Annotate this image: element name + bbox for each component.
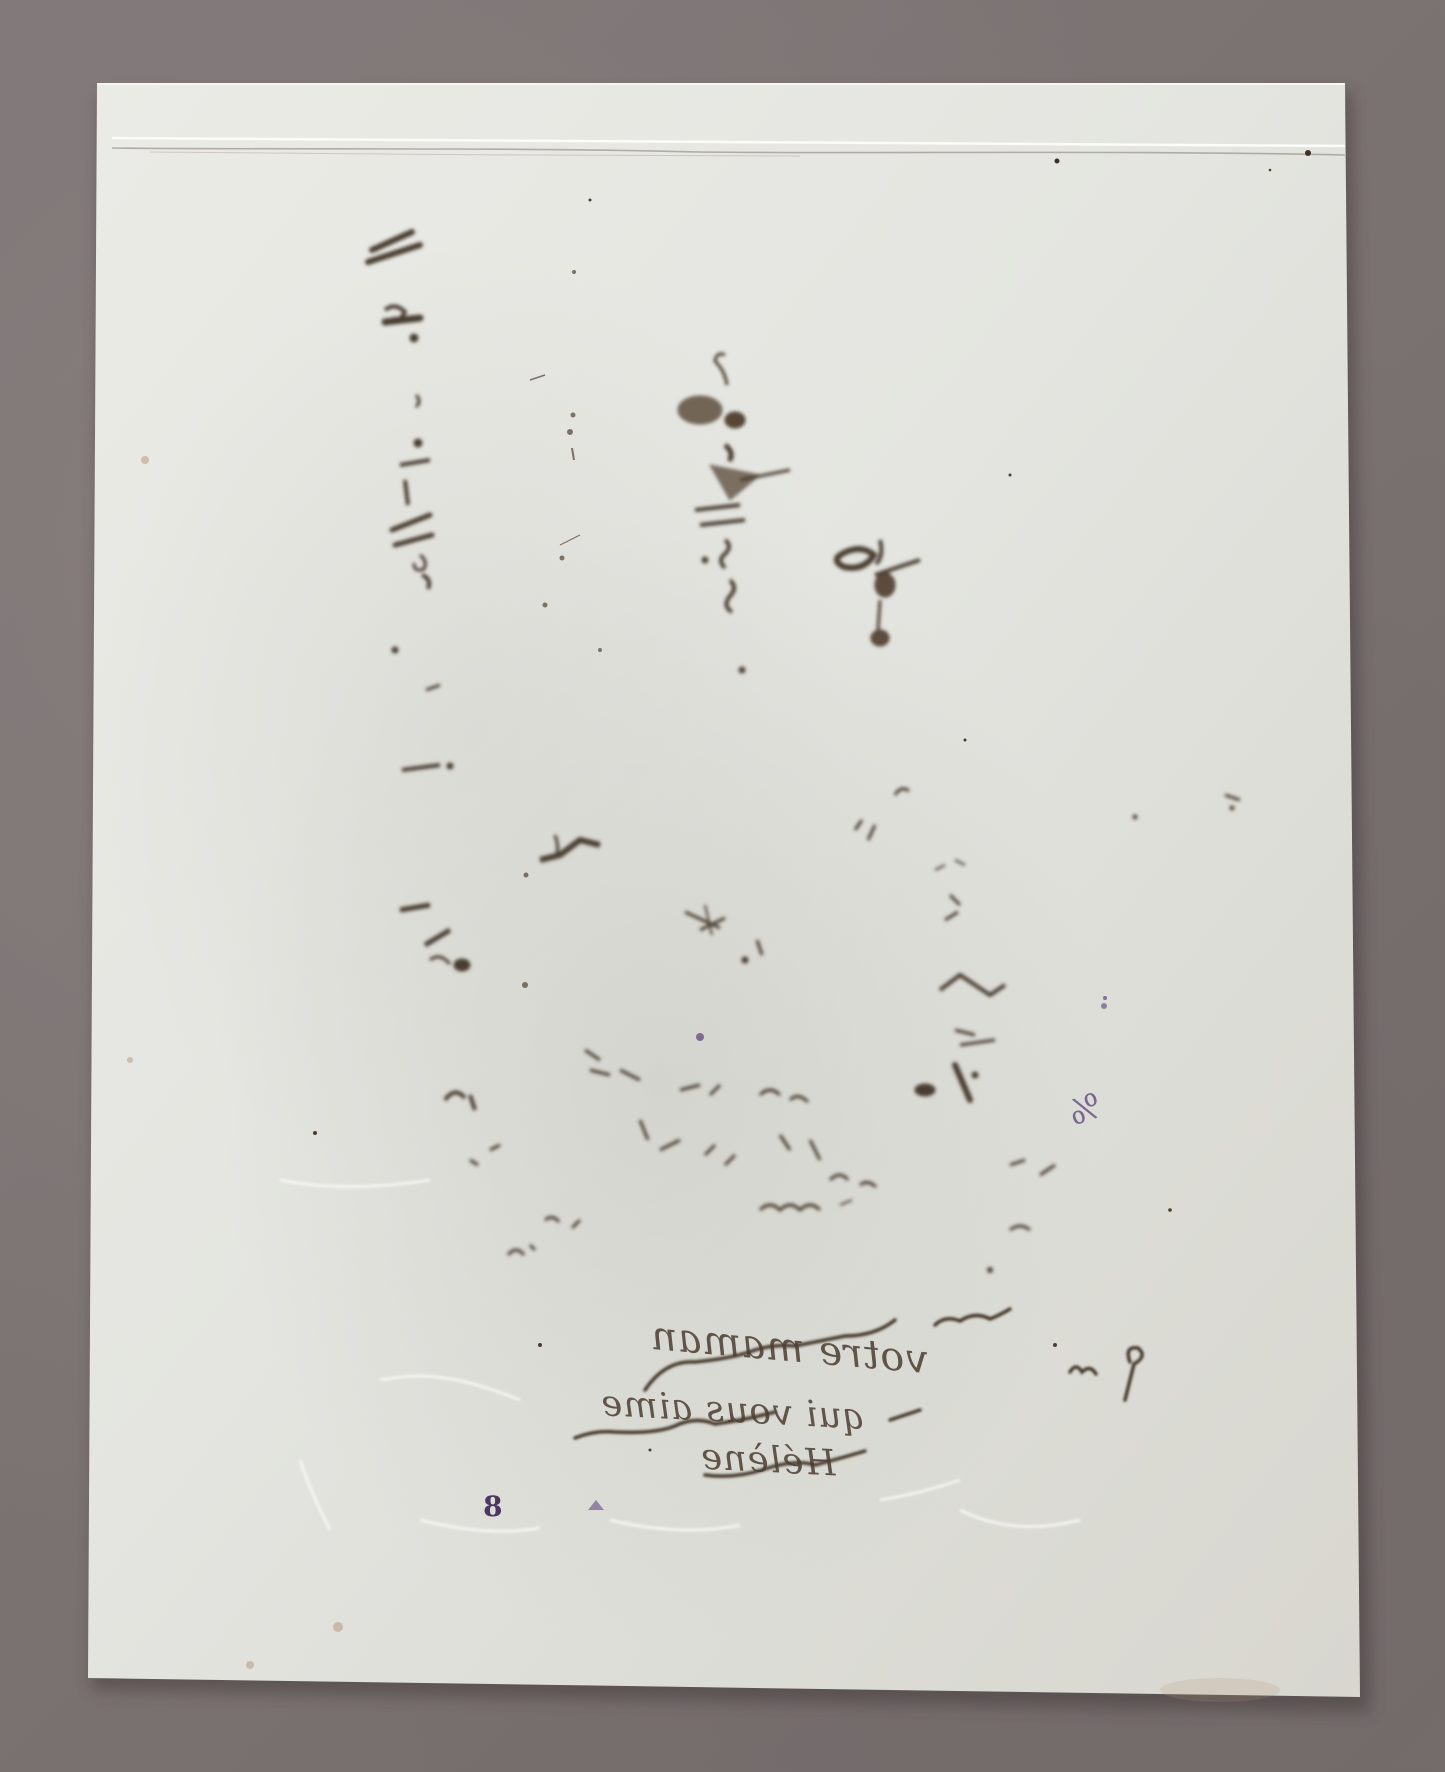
purple-digit-mark: 8 xyxy=(482,1490,502,1523)
paper-sheet xyxy=(0,0,1445,1772)
bleed-text-line-3: Hélène xyxy=(699,1436,837,1484)
